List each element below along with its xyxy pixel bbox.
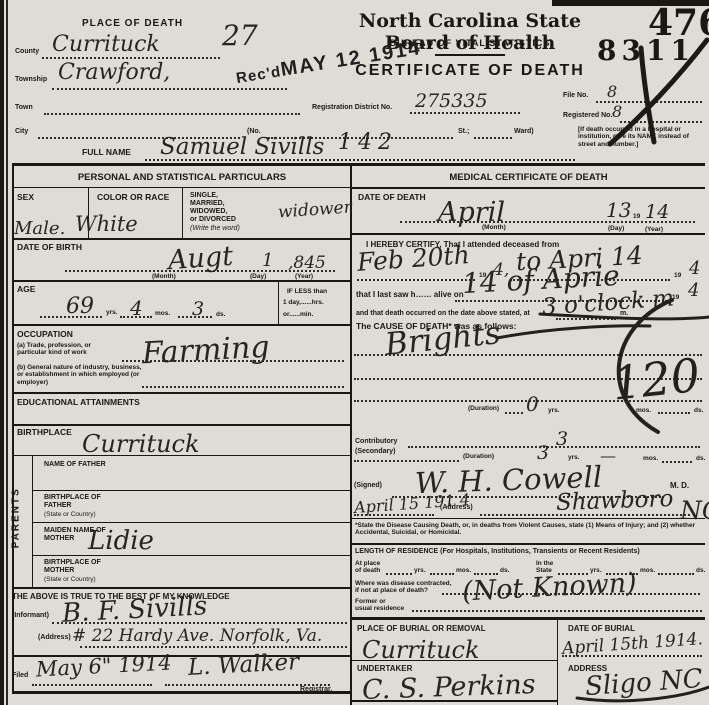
- dod-year-label: (Year): [645, 226, 663, 233]
- birthplace-label: BIRTHPLACE: [17, 428, 72, 438]
- informant-label: (Informant): [12, 612, 49, 620]
- cause-line-1: [354, 354, 702, 356]
- mother-birthplace-label: BIRTHPLACE OF MOTHER: [44, 559, 114, 575]
- residence-label: LENGTH OF RESIDENCE (For Hospitals, Inst…: [355, 548, 640, 556]
- residence-mos-2: mos.: [640, 567, 655, 574]
- informant-signature: B. F. Sivills: [61, 593, 207, 627]
- row3-rule: [12, 324, 352, 326]
- right-section-title: MEDICAL CERTIFICATE OF DEATH: [352, 173, 705, 184]
- father-name-rule: [32, 490, 352, 491]
- township-handwriting: Crawford,: [58, 62, 170, 84]
- dod-label: DATE OF DEATH: [358, 193, 426, 203]
- town-line: [44, 113, 300, 115]
- county-handwriting: Currituck: [52, 34, 160, 56]
- received-stamp-prefix: Rec'd: [235, 63, 282, 87]
- cause-dash-stroke: [497, 326, 650, 338]
- cause-duration-handwriting: 0: [526, 394, 539, 414]
- dod-day-label: (Day): [608, 225, 624, 232]
- certify-19b: 19: [674, 272, 681, 279]
- age-line-1: [40, 316, 102, 318]
- contrib-duration-handwriting: 3: [537, 444, 549, 463]
- father-state-country-label: (State or Country): [44, 511, 96, 518]
- full-name-label: FULL NAME: [82, 148, 131, 158]
- contracted-handwriting: (Not Known): [461, 569, 637, 605]
- former-residence-label-2: usual residence: [355, 605, 404, 612]
- age-mos-label: mos.: [155, 310, 170, 317]
- certify-from-handwriting: Feb 20th: [356, 242, 470, 275]
- informant-address-label: (Address): [38, 634, 71, 642]
- registration-district-line: [410, 112, 520, 114]
- mother-name-handwriting: Lidie: [88, 528, 154, 554]
- death-occurred-label: and that death occurred on the date abov…: [356, 310, 530, 318]
- age-years-handwriting: 69: [66, 296, 94, 318]
- footnote-bottom-rule: [352, 543, 705, 545]
- dod-year-handwriting: 14: [645, 203, 669, 222]
- occupation-a-label: (a) Trade, profession, or particular kin…: [17, 342, 122, 357]
- father-birthplace-label: BIRTHPLACE OF FATHER: [44, 494, 114, 510]
- burial-cell-divider: [557, 620, 558, 705]
- age-months-handwriting: 4: [130, 298, 143, 318]
- mother-name-rule: [32, 555, 352, 556]
- place-of-death-label: PLACE OF DEATH: [82, 18, 183, 30]
- if-less-label-3: or......min.: [283, 311, 313, 318]
- full-name-handwriting: Samuel Sivills: [160, 136, 324, 159]
- age-line-3: [178, 316, 212, 318]
- county-line: [42, 57, 220, 59]
- residence-mos-1: mos.: [456, 567, 471, 574]
- masthead-rule: [435, 54, 505, 56]
- undertaker-label: UNDERTAKER: [357, 664, 412, 673]
- race-handwriting: White: [75, 214, 138, 235]
- filed-line: [32, 684, 152, 686]
- ward-label: Ward): [514, 128, 534, 136]
- township-line: [52, 88, 287, 90]
- marital-label-3: WIDOWED,: [190, 208, 227, 216]
- death-certificate-scan: PLACE OF DEATH County Currituck 27 Towns…: [0, 0, 709, 705]
- row4-rule: [12, 392, 352, 394]
- marital-sub-label: (Write the word): [190, 225, 240, 233]
- residence-line-1: [386, 573, 412, 575]
- dob-month-handwriting: Augt: [167, 243, 234, 274]
- physician-address-state-handwriting: NC: [680, 498, 709, 523]
- township-label: Township: [15, 76, 47, 84]
- occupation-handwriting: Farming: [141, 333, 270, 370]
- parents-label: PARENTS: [10, 468, 22, 568]
- race-label: COLOR OR RACE: [97, 193, 169, 203]
- main-top-border: [12, 163, 705, 166]
- mother-state-country-label: (State or Country): [44, 576, 96, 583]
- residence-bottom-rule: [352, 617, 705, 620]
- certify-yc-handwriting: 4: [688, 282, 699, 300]
- registered-no-handwriting: 8: [612, 104, 622, 120]
- marital-label-2: MARRIED,: [190, 200, 225, 208]
- certificate-number-bottom: 8311: [597, 34, 695, 67]
- dob-year-label: (Year): [295, 273, 313, 280]
- row5-rule: [12, 424, 352, 426]
- at-place-label-2: of death: [355, 567, 380, 574]
- contracted-label-2: if not at place of death?: [355, 587, 428, 594]
- if-less-label-1: IF LESS than: [287, 288, 327, 295]
- burial-place-handwriting: Currituck: [362, 638, 480, 662]
- contributory-handwriting: 3: [556, 430, 568, 449]
- cause-duration-ds-label: ds.: [694, 407, 703, 414]
- residence-yrs-1: yrs.: [414, 567, 426, 574]
- contributory-line: [408, 446, 700, 448]
- burial-date-handwriting: April 15th 1914.: [562, 631, 704, 658]
- sex-handwriting: Male.: [14, 220, 65, 238]
- registration-district-label: Registration District No.: [312, 104, 392, 112]
- contrib-duration-label: (Duration): [463, 453, 494, 460]
- file-no-handwriting: 8: [607, 84, 617, 100]
- county-label: County: [15, 48, 39, 56]
- occupation-b-label: (b) General nature of industry, business…: [17, 364, 142, 386]
- physician-address-handwriting: Shawboro: [556, 488, 674, 515]
- last-saw-label: that I last saw h…… alive on: [356, 290, 464, 299]
- registration-district-handwriting: 275335: [415, 92, 488, 111]
- left-section-title: PERSONAL AND STATISTICAL PARTICULARS: [14, 173, 350, 184]
- signed-address-label: (Address): [440, 504, 473, 512]
- father-birthplace-rule: [32, 522, 352, 523]
- dob-year-handwriting: ,845: [288, 255, 326, 272]
- scan-edge-bar-2: [6, 0, 8, 705]
- signed-date-line: [354, 514, 434, 516]
- dob-label: DATE OF BIRTH: [17, 243, 82, 253]
- occupation-b-line: [142, 386, 344, 388]
- age-label: AGE: [17, 285, 35, 295]
- cause-duration-line-2: [658, 412, 690, 414]
- undertaker-address-handwriting: Sligo NC: [584, 666, 703, 700]
- center-divider: [350, 163, 352, 705]
- informant-address-line: [80, 646, 347, 648]
- contrib-duration-line-0: [354, 460, 459, 462]
- registrar-signature: L. Walker: [187, 651, 299, 680]
- dod-month-label: (Month): [482, 224, 506, 231]
- age-cell-divider: [278, 280, 279, 324]
- burial-date-label: DATE OF BURIAL: [568, 624, 635, 633]
- dob-day-label: (Day): [250, 273, 266, 280]
- contrib-duration-line-2: [662, 461, 692, 463]
- residence-line-6: [658, 573, 694, 575]
- received-stamp: Rec'dMAY 12 1914: [234, 37, 423, 89]
- sex-label: SEX: [17, 193, 34, 203]
- signed-label: (Signed): [354, 482, 382, 490]
- certify-yb-handwriting: 4: [689, 260, 700, 278]
- cause-line-2: [354, 378, 702, 380]
- age-ds-label: ds.: [216, 311, 225, 318]
- burial-left-rule: [352, 660, 557, 661]
- former-residence-line: [412, 610, 702, 612]
- age-yrs-label: yrs.: [106, 309, 118, 316]
- cause-footnote: *State the Disease Causing Death, or, in…: [355, 522, 700, 537]
- dod-month-handwriting: April: [438, 199, 505, 226]
- undertaker-bottom-rule: [352, 700, 557, 702]
- if-less-label-2: 1 day,......hrs.: [283, 299, 324, 306]
- dob-day-handwriting: 1: [262, 252, 273, 270]
- dob-month-label: (Month): [152, 273, 176, 280]
- file-no-label: File No.: [563, 92, 588, 100]
- residence-line-2: [430, 573, 454, 575]
- cause-duration-line-1: [505, 412, 523, 414]
- certify-from-line: [357, 279, 475, 281]
- street-label: St.;: [458, 128, 469, 136]
- informant-address-handwriting: # 22 Hardy Ave. Norfolk, Va.: [72, 628, 322, 645]
- filed-date-handwriting: May 6" 1914: [36, 652, 173, 680]
- age-line-2: [120, 316, 152, 318]
- secondary-label: (Secondary): [355, 448, 395, 456]
- cause-duration-yrs-label: yrs.: [548, 407, 560, 414]
- parents-cell-divider: [32, 455, 33, 587]
- signed-bottom-rule: [352, 518, 705, 519]
- contributory-label: Contributory: [355, 438, 397, 446]
- marital-label-4: or DIVORCED: [190, 216, 236, 224]
- scan-edge-bar: [0, 0, 4, 705]
- marital-label-1: SINGLE,: [190, 192, 218, 200]
- right-header-rule: [352, 187, 705, 189]
- occupation-label: OCCUPATION: [17, 330, 73, 340]
- education-label: EDUCATIONAL ATTAINMENTS: [17, 398, 140, 408]
- death-time-handwriting: 3 o'clock m: [541, 287, 674, 319]
- race-marital-divider: [182, 188, 183, 238]
- dod-day-handwriting: 13: [606, 200, 631, 220]
- marital-handwriting: widower: [277, 199, 352, 221]
- dod-year-printed: 19: [633, 213, 640, 220]
- ward-line: [474, 137, 512, 139]
- residence-ds-2: ds.: [696, 567, 705, 574]
- birthplace-handwriting: Currituck: [82, 432, 200, 456]
- contrib-ds-label: ds.: [696, 455, 705, 462]
- parents-bottom-rule: [12, 587, 352, 589]
- cause-duration-label: (Duration): [468, 405, 499, 412]
- district-number-handwriting: 27: [222, 22, 258, 50]
- contrib-mos-label: mos.: [643, 455, 658, 462]
- registered-no-line: [620, 121, 702, 123]
- hospital-note: [If death occurred in a hospital or inst…: [578, 126, 704, 148]
- burial-place-label: PLACE OF BURIAL OR REMOVAL: [357, 624, 486, 633]
- father-name-label: NAME OF FATHER: [44, 461, 114, 469]
- city-label: City: [15, 128, 28, 136]
- town-label: Town: [15, 104, 33, 112]
- registered-no-label: Registered No.: [563, 112, 612, 120]
- contrib-dash-handwriting: —: [600, 448, 616, 464]
- filed-label: Filed: [12, 672, 28, 680]
- left-bottom-border: [12, 691, 352, 694]
- full-name-extra-handwriting: 142: [338, 132, 398, 154]
- burial-date-line: [562, 655, 702, 657]
- cause-duration-mos-label: mos.: [636, 407, 651, 414]
